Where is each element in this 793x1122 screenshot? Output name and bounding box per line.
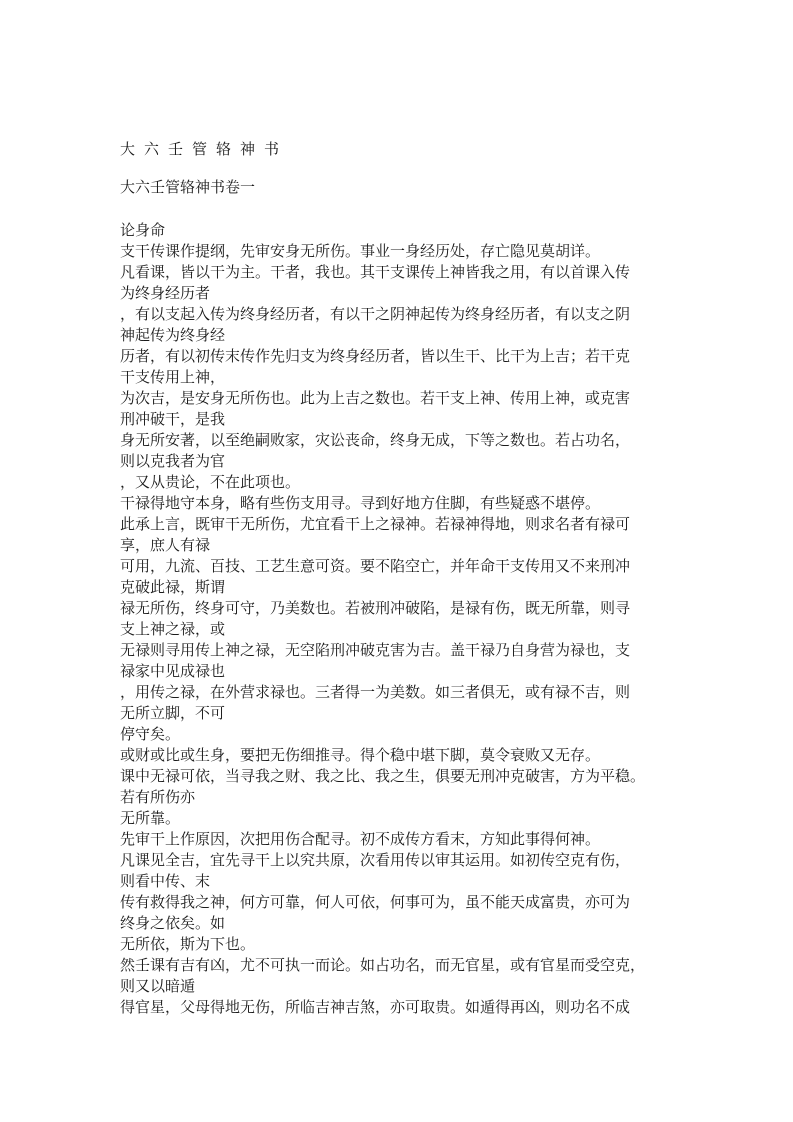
text-line: 则又以暗遁: [120, 976, 680, 997]
text-line: 干禄得地守本身，略有些伤支用寻。寻到好地方住脚，有些疑惑不堪停。: [120, 493, 680, 514]
text-line: 支干传课作提纲，先审安身无所伤。事业一身经历处，存亡隐见莫胡详。: [120, 241, 680, 262]
text-line: 则看中传、末: [120, 871, 680, 892]
text-line: 无禄则寻用传上神之禄，无空陷刑冲破克害为吉。盖干禄乃自身营为禄也，支: [120, 640, 680, 661]
text-line: 身无所安著，以至绝嗣败家，灾讼丧命，终身无成，下等之数也。若占功名，: [120, 430, 680, 451]
document-title: 大六壬管辂神书: [120, 139, 680, 160]
text-line: ，有以支起入传为终身经历者，有以干之阴神起传为终身经历者，有以支之阴: [120, 304, 680, 325]
text-line: 为次吉，是安身无所伤也。此为上吉之数也。若干支上神、传用上神，或克害: [120, 388, 680, 409]
volume-heading: 大六壬管辂神书卷一: [120, 177, 680, 198]
text-line: 为终身经历者: [120, 283, 680, 304]
text-line: 克破此禄，斯谓: [120, 577, 680, 598]
text-line: 凡课见全吉，宜先寻干上以究共原，次看用传以审其运用。如初传空克有伤，: [120, 850, 680, 871]
text-line: 历者，有以初传末传作先归支为终身经历者，皆以生干、比干为上吉；若干克: [120, 346, 680, 367]
text-line: 支上神之禄，或: [120, 619, 680, 640]
text-line: 禄家中见成禄也: [120, 661, 680, 682]
text-line: 停守矣。: [120, 724, 680, 745]
section-heading: 论身命: [120, 220, 680, 241]
text-line: 得官星，父母得地无伤，所临吉神吉煞，亦可取贵。如遁得再凶，则功名不成: [120, 997, 680, 1018]
text-line: 此承上言，既审干无所伤，尤宜看干上之禄神。若禄神得地，则求名者有禄可: [120, 514, 680, 535]
text-line: 禄无所伤，终身可守，乃美数也。若被刑冲破陷，是禄有伤，既无所靠，则寻: [120, 598, 680, 619]
text-line: 课中无禄可依，当寻我之财、我之比、我之生，俱要无刑冲克破害，方为平稳。: [120, 766, 680, 787]
text-line: 刑冲破干，是我: [120, 409, 680, 430]
document-body: 论身命支干传课作提纲，先审安身无所伤。事业一身经历处，存亡隐见莫胡详。凡看课，皆…: [120, 220, 680, 1018]
text-line: 终身之依矣。如: [120, 913, 680, 934]
text-line: 或财或比或生身，要把无伤细推寻。得个稳中堪下脚，莫令衰败又无存。: [120, 745, 680, 766]
text-line: 传有救得我之神，何方可靠，何人可依，何事可为，虽不能天成富贵，亦可为: [120, 892, 680, 913]
text-line: 无所立脚，不可: [120, 703, 680, 724]
text-line: 先审干上作原因，次把用伤合配寻。初不成传方看末，方知此事得何神。: [120, 829, 680, 850]
text-line: 神起传为终身经: [120, 325, 680, 346]
text-line: 若有所伤亦: [120, 787, 680, 808]
text-line: ，用传之禄，在外营求禄也。三者得一为美数。如三者俱无，或有禄不吉，则: [120, 682, 680, 703]
text-line: 可用，九流、百技、工艺生意可资。要不陷空亡，并年命干支传用又不来刑冲: [120, 556, 680, 577]
text-line: 享，庶人有禄: [120, 535, 680, 556]
text-line: 无所靠。: [120, 808, 680, 829]
text-line: 凡看课，皆以干为主。干者，我也。其干支课传上神皆我之用，有以首课入传: [120, 262, 680, 283]
document-page: 大六壬管辂神书 大六壬管辂神书卷一 论身命支干传课作提纲，先审安身无所伤。事业一…: [120, 139, 680, 1018]
text-line: 无所依，斯为下也。: [120, 934, 680, 955]
text-line: 则以克我者为官: [120, 451, 680, 472]
text-line: ，又从贵论，不在此项也。: [120, 472, 680, 493]
text-line: 干支传用上神，: [120, 367, 680, 388]
text-line: 然壬课有吉有凶，尤不可执一而论。如占功名，而无官星，或有官星而受空克，: [120, 955, 680, 976]
